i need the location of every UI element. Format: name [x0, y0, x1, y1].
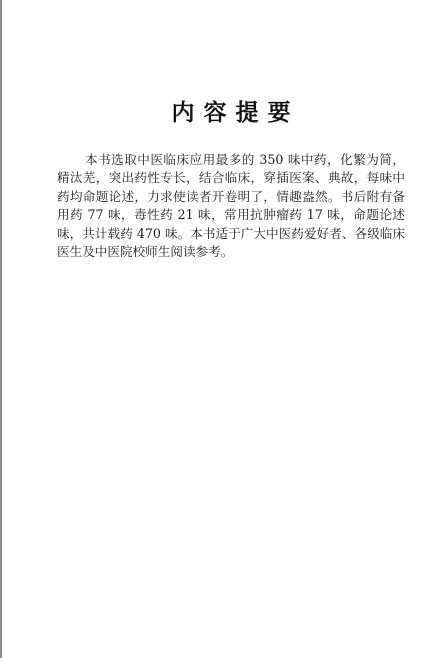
page-title: 内容提要 — [150, 99, 312, 127]
abstract-line: 味，共计载药 470 味。本书适于广大中医药爱好者、各级临床 — [57, 225, 405, 243]
abstract-line: 药均命题论述，力求使读者开卷明了，情趣盎然。书后附有备 — [57, 188, 405, 206]
abstract-line: 用药 77 味，毒性药 21 味，常用抗肿瘤药 17 味，命题论述 340 — [57, 206, 405, 224]
abstract-line: 医生及中医院校师生阅读参考。 — [57, 243, 405, 261]
abstract-line: 本书选取中医临床应用最多的 350 味中药，化繁为简，选 — [57, 151, 405, 169]
abstract-paragraph: 本书选取中医临床应用最多的 350 味中药，化繁为简，选 精汰芜，突出药性专长，… — [57, 151, 405, 261]
page-binding-edge — [0, 0, 2, 658]
abstract-line: 精汰芜，突出药性专长，结合临床，穿插医案、典故，每味中 — [57, 169, 405, 187]
